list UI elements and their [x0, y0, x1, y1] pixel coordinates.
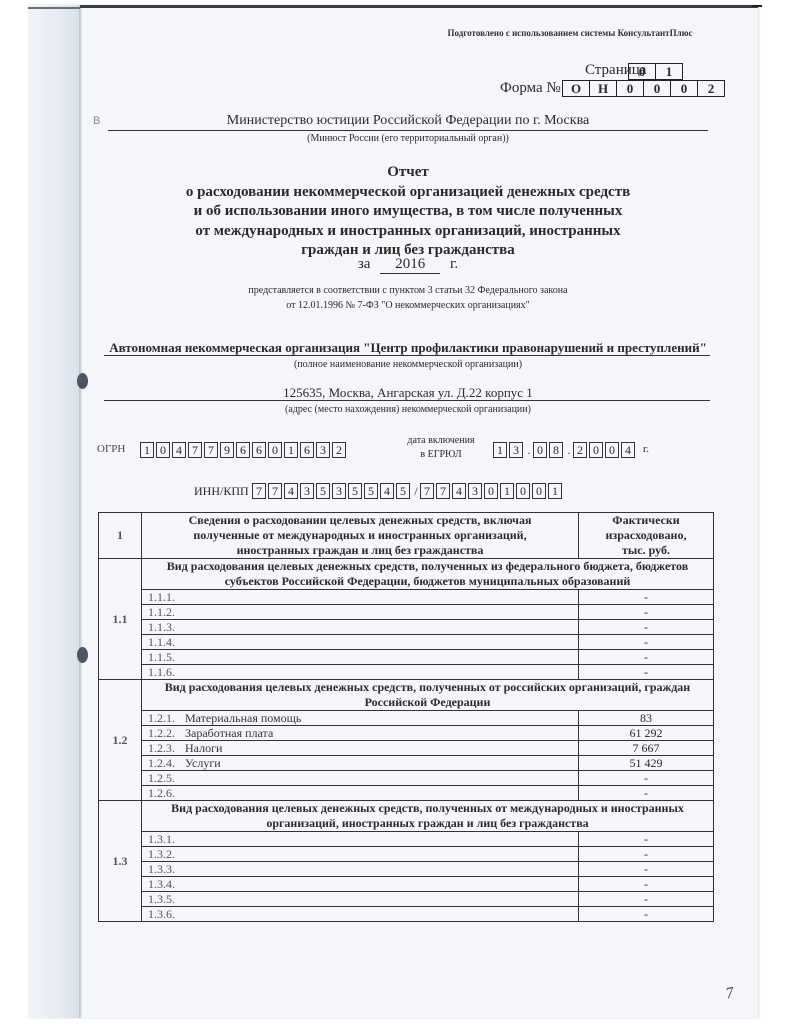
item-value: -	[579, 635, 714, 650]
inn-digit: 4	[380, 483, 394, 499]
item-code: 1.3.3.	[148, 862, 175, 876]
organization-name: Автономная некоммерческая организация "Ц…	[108, 340, 708, 356]
item-code: 1.2.3.	[148, 741, 175, 755]
section-row: 1.3 Вид расходования целевых денежных ср…	[99, 801, 714, 832]
table-row: 1.3.5.-	[99, 892, 714, 907]
table-row: 1.3.2.-	[99, 847, 714, 862]
ogrn-digit: 3	[316, 442, 330, 458]
egrul-date-label: дата включения в ЕГРЮЛ	[396, 434, 486, 462]
item-code: 1.1.1.	[148, 590, 175, 604]
item-code: 1.3.1.	[148, 832, 175, 846]
law-reference: представляется в соответствии с пунктом …	[108, 283, 708, 313]
item-code: 1.2.1.	[148, 711, 175, 725]
item-label: 1.2.6.	[142, 786, 579, 801]
inn-kpp-cells: 7743535545/774301001	[252, 482, 564, 500]
kpp-digit: 7	[436, 483, 450, 499]
ogrn-digit: 6	[300, 442, 314, 458]
ogrn-digit: 0	[156, 442, 170, 458]
item-value: -	[579, 862, 714, 877]
organization-address: 125635, Москва, Ангарская ул. Д.22 корпу…	[108, 385, 708, 401]
item-label: 1.2.3.Налоги	[142, 741, 579, 756]
consultant-note: Подготовлено с использованием системы Ко…	[400, 28, 740, 38]
item-label: 1.3.6.	[142, 907, 579, 922]
ogrn-digit: 6	[236, 442, 250, 458]
header-value-line: Фактически	[585, 513, 707, 528]
date-digit: 0	[589, 442, 603, 458]
item-code: 1.1.2.	[148, 605, 175, 619]
date-separator: .	[525, 443, 533, 458]
report-title: Отчет о расходовании некоммерческой орга…	[108, 163, 708, 261]
form-char: 0	[643, 80, 671, 97]
section-title-line: Вид расходования целевых денежных средст…	[148, 680, 707, 695]
egrul-date-cells: 13.08.2004	[493, 441, 637, 459]
item-code: 1.2.2.	[148, 726, 175, 740]
item-label: 1.2.1.Материальная помощь	[142, 711, 579, 726]
item-value: -	[579, 786, 714, 801]
addressee-underline	[108, 130, 708, 131]
item-code: 1.1.3.	[148, 620, 175, 634]
inn-digit: 3	[300, 483, 314, 499]
header-num: 1	[99, 513, 142, 559]
section-title-line: Вид расходования целевых денежных средст…	[148, 559, 707, 574]
item-value: -	[579, 620, 714, 635]
item-code: 1.3.6.	[148, 907, 175, 921]
item-name: Материальная помощь	[185, 711, 301, 725]
item-code: 1.1.4.	[148, 635, 175, 649]
page-top-edge	[80, 5, 758, 8]
item-label: 1.3.1.	[142, 832, 579, 847]
section-num: 1.3	[99, 801, 142, 922]
date-digit: 2	[573, 442, 587, 458]
item-value: -	[579, 590, 714, 605]
item-code: 1.3.2.	[148, 847, 175, 861]
table-row: 1.1.4.-	[99, 635, 714, 650]
addressee-name: Министерство юстиции Российской Федераци…	[108, 113, 708, 129]
header-title: Сведения о расходовании целевых денежных…	[142, 513, 579, 559]
section-title: Вид расходования целевых денежных средст…	[142, 559, 714, 590]
item-value: -	[579, 771, 714, 786]
item-code: 1.1.6.	[148, 665, 175, 679]
section-title-line: организаций, иностранных граждан и лиц б…	[148, 816, 707, 831]
item-code: 1.3.5.	[148, 892, 175, 906]
item-name: Заработная плата	[185, 726, 273, 740]
item-label: 1.1.1.	[142, 590, 579, 605]
date-digit: 4	[621, 442, 635, 458]
kpp-digit: 1	[548, 483, 562, 499]
item-label: 1.2.5.	[142, 771, 579, 786]
item-label: 1.2.4.Услуги	[142, 756, 579, 771]
page-number-cells: 0 1	[629, 63, 683, 80]
section-num: 1.1	[99, 559, 142, 680]
table-row: 1.1.6.-	[99, 665, 714, 680]
kpp-digit: 3	[468, 483, 482, 499]
inn-digit: 4	[284, 483, 298, 499]
kpp-digit: 4	[452, 483, 466, 499]
binder-hole-icon	[77, 647, 88, 663]
item-name: Налоги	[185, 741, 222, 755]
date-digit: 3	[509, 442, 523, 458]
date-digit: 1	[493, 442, 507, 458]
report-heading: Отчет	[108, 163, 708, 183]
table-row: 1.3.1.-	[99, 832, 714, 847]
addressee-caption: (Минюст России (его территориальный орга…	[108, 133, 708, 144]
item-label: 1.1.5.	[142, 650, 579, 665]
table-row: 1.1.3.-	[99, 620, 714, 635]
law-line: от 12.01.1996 № 7-ФЗ "О некоммерческих о…	[108, 298, 708, 313]
header-value: Фактически израсходовано, тыс. руб.	[579, 513, 714, 559]
egrul-date-label-line: в ЕГРЮЛ	[396, 448, 486, 462]
period-suffix: г.	[450, 256, 458, 272]
date-suffix: г.	[643, 443, 649, 455]
item-label: 1.1.6.	[142, 665, 579, 680]
ogrn-digit: 6	[252, 442, 266, 458]
item-label: 1.3.2.	[142, 847, 579, 862]
table-row: 1.2.1.Материальная помощь83	[99, 711, 714, 726]
report-period: за 2016 г.	[108, 256, 708, 274]
binding-top-edge	[28, 7, 80, 9]
item-value: 61 292	[579, 726, 714, 741]
item-name: Услуги	[185, 756, 221, 770]
ogrn-label: ОГРН	[97, 443, 125, 455]
table-row: 1.1.2.-	[99, 605, 714, 620]
item-value: 7 667	[579, 741, 714, 756]
header-title-line: иностранных граждан и лиц без гражданств…	[148, 543, 572, 558]
kpp-digit: 0	[484, 483, 498, 499]
item-label: 1.1.2.	[142, 605, 579, 620]
header-value-line: израсходовано,	[585, 528, 707, 543]
report-title-line: от международных и иностранных организац…	[108, 222, 708, 242]
form-char: 2	[697, 80, 725, 97]
form-char: 0	[616, 80, 644, 97]
section-row: 1.1 Вид расходования целевых денежных ср…	[99, 559, 714, 590]
ogrn-digit: 1	[140, 442, 154, 458]
section-title: Вид расходования целевых денежных средст…	[142, 680, 714, 711]
item-value: -	[579, 907, 714, 922]
item-label: 1.1.3.	[142, 620, 579, 635]
section-num: 1.2	[99, 680, 142, 801]
item-label: 1.3.3.	[142, 862, 579, 877]
inn-digit: 7	[268, 483, 282, 499]
kpp-digit: 1	[500, 483, 514, 499]
table-header-row: 1 Сведения о расходовании целевых денежн…	[99, 513, 714, 559]
addressee-prefix: В	[93, 115, 100, 127]
item-code: 1.2.5.	[148, 771, 175, 785]
item-value: -	[579, 650, 714, 665]
item-value: -	[579, 665, 714, 680]
binder-hole-icon	[77, 373, 88, 389]
table-row: 1.2.6.-	[99, 786, 714, 801]
page-digit: 0	[628, 63, 656, 80]
date-digit: 0	[605, 442, 619, 458]
header-title-line: Сведения о расходовании целевых денежных…	[148, 513, 572, 528]
inn-digit: 5	[348, 483, 362, 499]
form-label: Форма №	[500, 80, 561, 97]
table-row: 1.2.2.Заработная плата61 292	[99, 726, 714, 741]
address-caption: (адрес (место нахождения) некоммерческой…	[108, 404, 708, 415]
section-title: Вид расходования целевых денежных средст…	[142, 801, 714, 832]
kpp-digit: 0	[532, 483, 546, 499]
item-value: -	[579, 847, 714, 862]
table-row: 1.1.1.-	[99, 590, 714, 605]
report-title-line: о расходовании некоммерческой организаци…	[108, 183, 708, 203]
item-value: -	[579, 892, 714, 907]
report-title-line: и об использовании иного имущества, в то…	[108, 202, 708, 222]
table-row: 1.1.5.-	[99, 650, 714, 665]
item-label: 1.2.2.Заработная плата	[142, 726, 579, 741]
ogrn-digit: 9	[220, 442, 234, 458]
ogrn-digit: 2	[332, 442, 346, 458]
item-value: 51 429	[579, 756, 714, 771]
form-char: 0	[670, 80, 698, 97]
item-code: 1.2.4.	[148, 756, 175, 770]
item-value: -	[579, 877, 714, 892]
period-prefix: за	[358, 256, 371, 272]
item-code: 1.1.5.	[148, 650, 175, 664]
table-row: 1.2.5.-	[99, 771, 714, 786]
inn-digit: 5	[364, 483, 378, 499]
item-value: -	[579, 605, 714, 620]
date-digit: 8	[549, 442, 563, 458]
item-code: 1.3.4.	[148, 877, 175, 891]
law-line: представляется в соответствии с пунктом …	[108, 283, 708, 298]
inn-kpp-separator: /	[412, 484, 420, 499]
item-value: 83	[579, 711, 714, 726]
item-code: 1.2.6.	[148, 786, 175, 800]
address-underline	[104, 400, 710, 401]
binding-fold	[79, 5, 82, 1018]
header-title-line: полученные от международных и иностранны…	[148, 528, 572, 543]
table-row: 1.3.4.-	[99, 877, 714, 892]
report-year: 2016	[380, 256, 440, 274]
kpp-digit: 7	[420, 483, 434, 499]
binding-strip	[28, 5, 80, 1018]
table-row: 1.3.6.-	[99, 907, 714, 922]
item-value: -	[579, 832, 714, 847]
table-row: 1.2.3.Налоги7 667	[99, 741, 714, 756]
expenditure-table: 1 Сведения о расходовании целевых денежн…	[98, 512, 714, 922]
ogrn-digit: 7	[204, 442, 218, 458]
ogrn-digit: 0	[268, 442, 282, 458]
organization-caption: (полное наименование некоммерческой орга…	[108, 359, 708, 370]
inn-digit: 3	[332, 483, 346, 499]
item-label: 1.3.5.	[142, 892, 579, 907]
section-title-line: Российской Федерации	[148, 695, 707, 710]
organization-underline	[104, 355, 710, 356]
inn-kpp-label: ИНН/КПП	[194, 484, 249, 499]
item-label: 1.3.4.	[142, 877, 579, 892]
ogrn-digit: 7	[188, 442, 202, 458]
ogrn-cells: 1047796601632	[140, 441, 348, 459]
inn-digit: 5	[316, 483, 330, 499]
header-value-line: тыс. руб.	[585, 543, 707, 558]
date-digit: 0	[533, 442, 547, 458]
kpp-digit: 0	[516, 483, 530, 499]
section-row: 1.2 Вид расходования целевых денежных ср…	[99, 680, 714, 711]
table-row: 1.3.3.-	[99, 862, 714, 877]
page-digit: 1	[655, 63, 683, 80]
ogrn-digit: 1	[284, 442, 298, 458]
table-row: 1.2.4.Услуги51 429	[99, 756, 714, 771]
item-label: 1.1.4.	[142, 635, 579, 650]
section-title-line: субъектов Российской Федерации, бюджетов…	[148, 574, 707, 589]
section-title-line: Вид расходования целевых денежных средст…	[148, 801, 707, 816]
ogrn-digit: 4	[172, 442, 186, 458]
scan-edge-mark	[752, 5, 762, 7]
date-separator: .	[565, 443, 573, 458]
form-number-cells: О Н 0 0 0 2	[563, 80, 725, 97]
egrul-date-label-line: дата включения	[396, 434, 486, 448]
inn-digit: 5	[396, 483, 410, 499]
inn-digit: 7	[252, 483, 266, 499]
form-char: О	[562, 80, 590, 97]
form-char: Н	[589, 80, 617, 97]
